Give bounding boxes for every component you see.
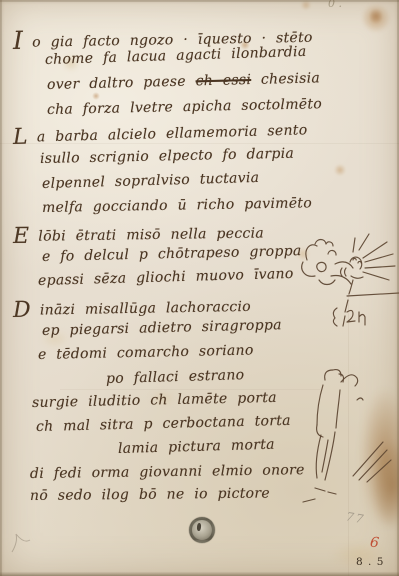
poem-line: melfa gocciando ū richo pavimēto: [42, 195, 312, 216]
poem-line: ch mal sitra p cerboctana torta: [36, 413, 291, 435]
poem-text: over daltro paese: [47, 73, 196, 93]
poem-line: elpennel sopralviso tuctavia: [42, 170, 260, 192]
grotesque-ceiling-figure: [302, 240, 353, 285]
hatching-strokes: [353, 442, 391, 482]
poem-text: nō sedo ilog bō ne io pictore: [30, 485, 270, 504]
poem-text: di fedi orma giovanni elmio onore: [30, 462, 305, 482]
poem-text: po fallaci estrano: [106, 367, 245, 387]
stanza-initial: I: [13, 26, 24, 55]
poem-line: surgie iluditio ch lamēte porta: [32, 390, 277, 411]
poem-text: isullo scrignio elpecto fo darpia: [40, 146, 294, 167]
poem-line: isullo scrignio elpecto fo darpia: [40, 146, 294, 167]
poem-text: melfa gocciando ū richo pavimēto: [42, 195, 312, 216]
poem-text: cha forza lvetre apicha soctolmēto: [47, 96, 322, 118]
poem-line: nō sedo ilog bō ne io pictore: [30, 485, 270, 504]
stanza-initial: E: [13, 224, 30, 249]
poem-text: a barba alcielo ellamemoria sento: [37, 122, 308, 145]
stanza-initial: D: [13, 298, 31, 323]
poem-line: over daltro paese ch essi chesisia: [47, 70, 320, 93]
poem-line: La barba alcielo ellamemoria sento: [13, 117, 308, 150]
poem-text: chesisia: [251, 70, 320, 88]
poem-text: lamia pictura morta: [118, 437, 275, 457]
poem-text: surgie iluditio ch lamēte porta: [32, 390, 277, 411]
poem-line: cha forza lvetre apicha soctolmēto: [47, 96, 322, 118]
poem-text: ch mal sitra p cerboctana torta: [36, 413, 291, 435]
painted-face-with-rays: [341, 234, 399, 296]
poem-line: po fallaci estrano: [106, 367, 245, 387]
poem-text: e tēdomi comarcho soriano: [38, 342, 254, 363]
manuscript-page: Io gia facto ngozo · īquesto · stētochom…: [0, 0, 399, 576]
poem-text: ināzi misallūga lachoraccio: [40, 299, 251, 319]
poem-line: epassi sēza gliochi muovo īvano: [38, 266, 294, 289]
poem-line: e tēdomi comarcho soriano: [38, 342, 254, 363]
poem-text: lōbi ētrati misō nella peccia: [38, 225, 264, 244]
corner-number: 8 . 5: [356, 556, 384, 568]
collection-stamp-icon: [189, 517, 215, 543]
poem-line: lamia pictura morta: [118, 437, 275, 457]
painter-figure: [303, 280, 365, 502]
top-pencil-mark: 0 .: [328, 0, 342, 10]
poem-text: epassi sēza gliochi muovo īvano: [38, 266, 294, 289]
poem-line: di fedi orma giovanni elmio onore: [30, 462, 305, 482]
stanza-initial: L: [13, 125, 29, 150]
struck-text: ch essi: [195, 72, 251, 89]
red-inventory-number: 6: [369, 535, 380, 552]
margin-sketch: [295, 230, 399, 514]
poem-text: elpennel sopralviso tuctavia: [42, 170, 260, 192]
